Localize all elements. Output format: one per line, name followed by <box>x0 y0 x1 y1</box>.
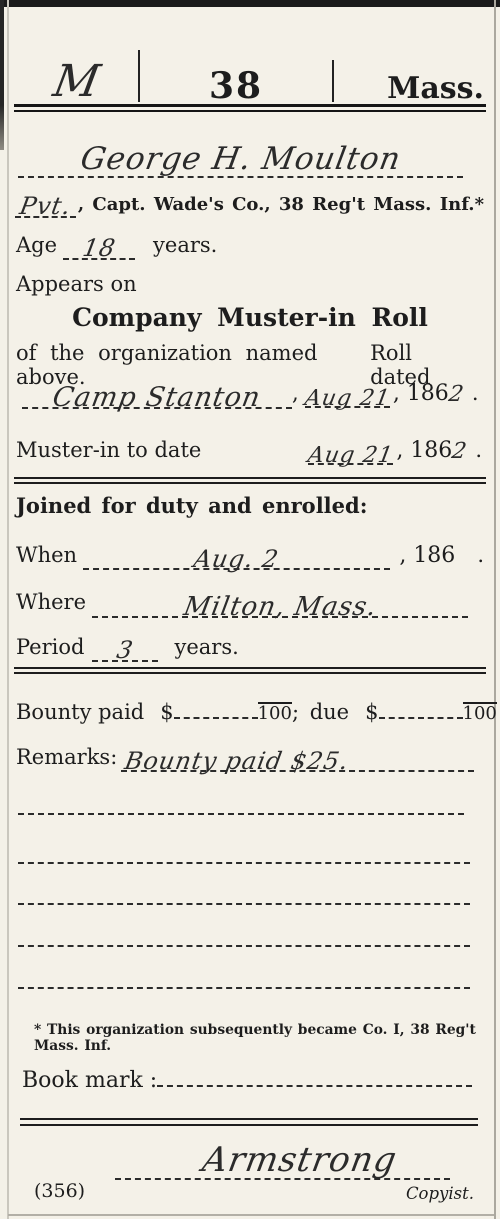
remarks-line: Remarks: Bounty paid $25. <box>16 742 474 772</box>
roll-place: Camp Stanton <box>50 382 263 413</box>
regiment-number: 38 <box>140 68 332 104</box>
when-terminal-period: . <box>477 543 484 567</box>
section-rule-1 <box>14 477 486 484</box>
muster-in-date-underline: Aug 21 <box>308 438 393 465</box>
bounty-paid-dollar-sign: $ <box>160 700 173 724</box>
remarks-label: Remarks: <box>16 745 117 769</box>
scan-edge-left <box>0 0 4 150</box>
soldier-name: George H. Moulton <box>77 141 403 177</box>
roll-date: Aug 21 <box>302 386 392 411</box>
where-underline: Milton, Mass. <box>92 586 468 618</box>
rank-underline: Pvt. <box>15 188 76 218</box>
bounty-paid-underline <box>174 717 258 719</box>
joined-heading: Joined for duty and enrolled: <box>16 493 367 518</box>
copyist-signature: Armstrong <box>200 1140 401 1180</box>
book-mark-label: Book mark : <box>22 1068 157 1093</box>
period-label: Period <box>16 635 84 659</box>
age-label: Age <box>16 233 57 257</box>
scan-edge-bottom <box>8 1214 494 1216</box>
muster-roll-card: { "colors": { "paper": "#f4f1e8", "ink":… <box>0 0 500 1219</box>
bounty-label: Bounty paid <box>16 700 144 724</box>
state-abbreviation: Mass. <box>334 74 484 104</box>
roll-year-digit: 2 <box>447 382 466 407</box>
period-value: 3 <box>115 636 136 664</box>
place-comma: , <box>292 381 299 405</box>
muster-in-date: Aug 21 <box>306 443 396 468</box>
age-underline: 18 <box>63 230 135 260</box>
when-line: When Aug. 2 , 186 . <box>16 540 484 570</box>
blank-line <box>18 903 470 905</box>
age-units: years. <box>153 233 217 257</box>
where-label: Where <box>16 590 86 614</box>
card-header: M 38 Mass. <box>16 32 484 104</box>
muster-in-year-prefix: , 186 <box>396 438 452 463</box>
muster-in-line: Muster-in to date Aug 21 , 186 2 . <box>16 438 482 465</box>
header-rule <box>14 104 486 112</box>
period-underline: 3 <box>92 632 158 662</box>
rank-value: Pvt. <box>17 192 73 220</box>
bounty-due-underline <box>379 717 463 719</box>
book-mark-line: Book mark : <box>22 1062 472 1093</box>
where-value: Milton, Mass. <box>181 592 379 622</box>
bounty-due-label: ; due <box>292 700 349 724</box>
period-line: Period 3 years. <box>16 632 239 662</box>
when-underline: Aug. 2 <box>83 540 390 570</box>
blank-line <box>18 945 470 947</box>
roll-place-date-line: Camp Stanton , Aug 21 , 186 2 . <box>22 376 482 409</box>
blank-line <box>18 813 464 815</box>
bounty-due-dollar-sign: $ <box>365 700 378 724</box>
blank-line <box>18 987 470 989</box>
period-units: years. <box>174 635 238 659</box>
roll-date-underline: Aug 21 <box>305 381 390 408</box>
remarks-underline: Bounty paid $25. <box>121 742 474 772</box>
roll-place-underline: Camp Stanton <box>22 376 292 409</box>
scan-edge-top <box>0 0 500 7</box>
muster-in-year-digit: 2 <box>450 439 469 464</box>
where-line: Where Milton, Mass. <box>16 586 468 618</box>
bounty-paid-cents: 100 <box>258 702 292 725</box>
bounty-line: Bounty paid $ 100 ; due $ 100 <box>16 700 497 725</box>
when-year-prefix: , 186 <box>399 543 455 568</box>
muster-in-terminal-period: . <box>475 438 482 462</box>
when-label: When <box>16 543 77 567</box>
roll-terminal-period: . <box>472 381 479 405</box>
blank-line <box>18 862 470 864</box>
footnote: * This organization subsequently became … <box>34 1022 478 1054</box>
bounty-due-cents: 100 <box>463 702 497 725</box>
scan-edge-left-faint <box>7 0 9 1219</box>
section-rule-2 <box>14 667 486 674</box>
scan-edge-right <box>494 0 496 1219</box>
footer-rule <box>20 1118 478 1126</box>
age-value: 18 <box>80 234 117 262</box>
roll-year-prefix: , 186 <box>393 381 449 406</box>
when-value: Aug. 2 <box>192 545 282 573</box>
header-index-letter: M <box>12 60 142 104</box>
unit-line: , Capt. Wade's Co., 38 Reg't Mass. Inf.* <box>76 194 484 215</box>
roll-title: Company Muster-in Roll <box>0 303 500 332</box>
book-mark-underline <box>157 1062 472 1087</box>
age-line: Age 18 years. <box>16 230 217 260</box>
rank-unit-line: Pvt. , Capt. Wade's Co., 38 Reg't Mass. … <box>15 188 484 218</box>
appears-on-label: Appears on <box>16 272 137 296</box>
muster-in-label: Muster-in to date <box>16 438 201 462</box>
remarks-value: Bounty paid $25. <box>119 747 352 775</box>
copyist-signature-wrap: Armstrong <box>170 1140 430 1180</box>
soldier-name-line: George H. Moulton <box>18 132 463 178</box>
form-number: (356) <box>34 1180 85 1202</box>
copyist-label: Copyist. <box>406 1184 474 1203</box>
